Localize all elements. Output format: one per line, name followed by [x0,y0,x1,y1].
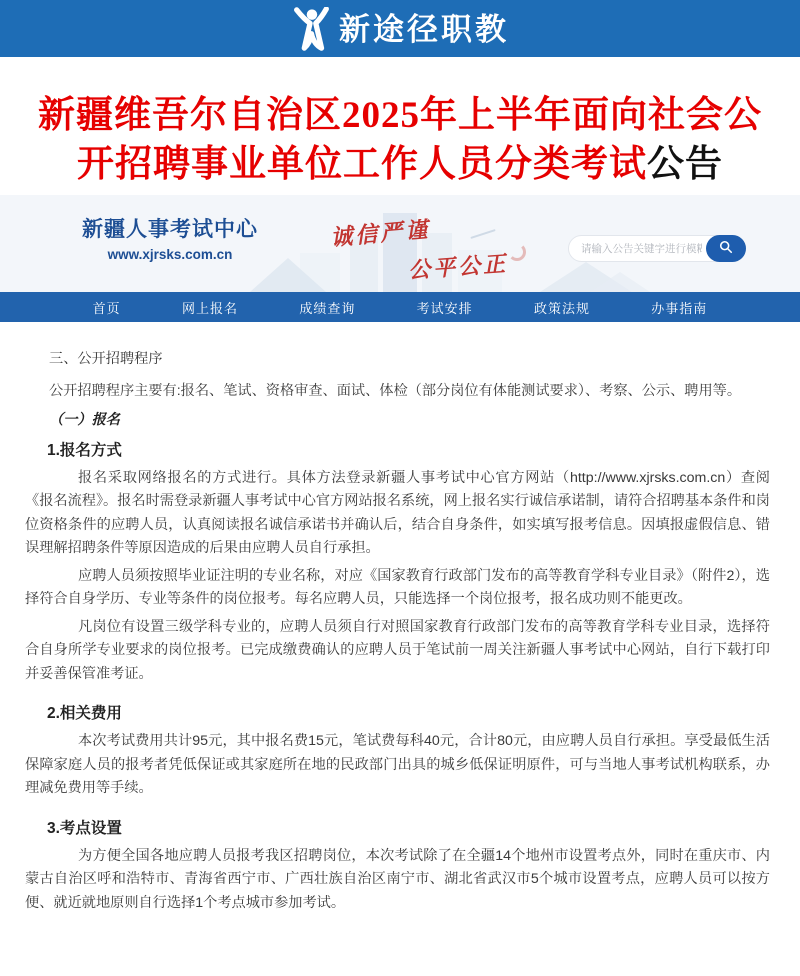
brand-logo[interactable]: 新途径职教 [291,7,509,51]
paragraph-registration-3: 凡岗位有设置三级学科专业的，应聘人员须自行对照国家教育行政部门发布的高等教育学科… [25,616,770,687]
announcement-title: 新疆维吾尔自治区2025年上半年面向社会公 开招聘事业单位工作人员分类考试公告 [0,57,800,195]
search-input[interactable] [569,243,706,255]
search-button[interactable] [706,235,746,262]
paragraph-registration-1: 报名采取网络报名的方式进行。具体方法登录新疆人事考试中心官方网站（http://… [25,467,770,561]
subsection-heading: （一）报名 [49,409,770,433]
search-icon [719,240,733,257]
paragraph-fees: 本次考试费用共计95元，其中报名费15元，笔试费每科40元，合计80元，由应聘人… [25,730,770,801]
heading-exam-sites: 3.考点设置 [47,817,770,841]
title-line-2: 开招聘事业单位工作人员分类考试公告 [20,140,780,189]
slogan-calligraphy: 诚信严谨 公平公正 [330,213,520,281]
site-name: 新疆人事考试中心 [55,213,285,243]
heading-registration-method: 1.报名方式 [47,439,770,463]
paragraph-registration-2: 应聘人员须按照毕业证注明的专业名称，对应《国家教育行政部门发布的高等教育学科专业… [25,565,770,612]
nav-item-online-registration[interactable]: 网上报名 [182,298,238,317]
brand-name: 新途径职教 [339,12,509,45]
mountain-illustration [590,272,650,292]
title-line-1: 新疆维吾尔自治区2025年上半年面向社会公 [20,91,780,140]
article-body: 三、公开招聘程序 公开招聘程序主要有:报名、笔试、资格审查、面试、体检（部分岗位… [0,322,800,915]
nav-item-policies[interactable]: 政策法规 [534,298,590,317]
nav-item-score-inquiry[interactable]: 成绩查询 [299,298,355,317]
topbar: 新途径职教 [0,0,800,57]
search-box [568,235,746,262]
nav-item-service-guide[interactable]: 办事指南 [651,298,707,317]
site-url: www.xjrsks.com.cn [55,247,285,262]
slogan-line-1: 诚信严谨 [329,205,521,252]
site-header-banner: 新疆人事考试中心 www.xjrsks.com.cn 诚信严谨 公平公正 [0,195,800,292]
section-heading: 三、公开招聘程序 [49,348,770,372]
slogan-line-2: 公平公正 [407,246,521,285]
person-icon [291,7,331,51]
nav-item-exam-schedule[interactable]: 考试安排 [417,298,473,317]
paragraph-exam-sites: 为方便全国各地应聘人员报考我区招聘岗位，本次考试除了在全疆14个地州市设置考点外… [25,845,770,916]
nav-item-home[interactable]: 首页 [93,298,121,317]
title-suffix: 公告 [647,144,723,185]
mountain-illustration [250,258,326,292]
main-nav: 首页 网上报名 成绩查询 考试安排 政策法规 办事指南 [0,292,800,322]
procedure-intro: 公开招聘程序主要有:报名、笔试、资格审查、面试、体检（部分岗位有体能测试要求）、… [49,380,770,404]
heading-fees: 2.相关费用 [47,702,770,726]
site-identity[interactable]: 新疆人事考试中心 www.xjrsks.com.cn [55,213,285,262]
